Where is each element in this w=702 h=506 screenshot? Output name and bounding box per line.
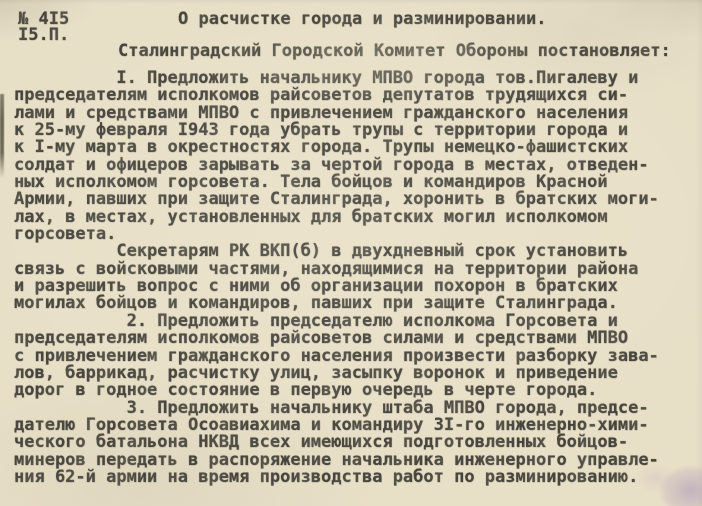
left-edge-fold-mark [0,94,4,178]
text-line: председателям исполкомов райсоветов сила… [14,330,659,347]
doc-title: О расчистке города и разминировании. [178,9,546,29]
text-line: дорог в годное состояние в первую очеред… [14,382,659,399]
document-page: № 4I5 I5.П. О расчистке города и размини… [0,0,702,506]
text-line: ческого батальона НКВД всех имеющихся по… [14,434,659,451]
text-line: ния 62-й армии на время производства раб… [14,469,659,486]
doc-subtitle: Сталинградский Городской Комитет Обороны… [118,41,671,61]
document-body: I. Предложить начальнику МПВО города тов… [14,70,659,486]
doc-date: I5.П. [18,25,69,45]
